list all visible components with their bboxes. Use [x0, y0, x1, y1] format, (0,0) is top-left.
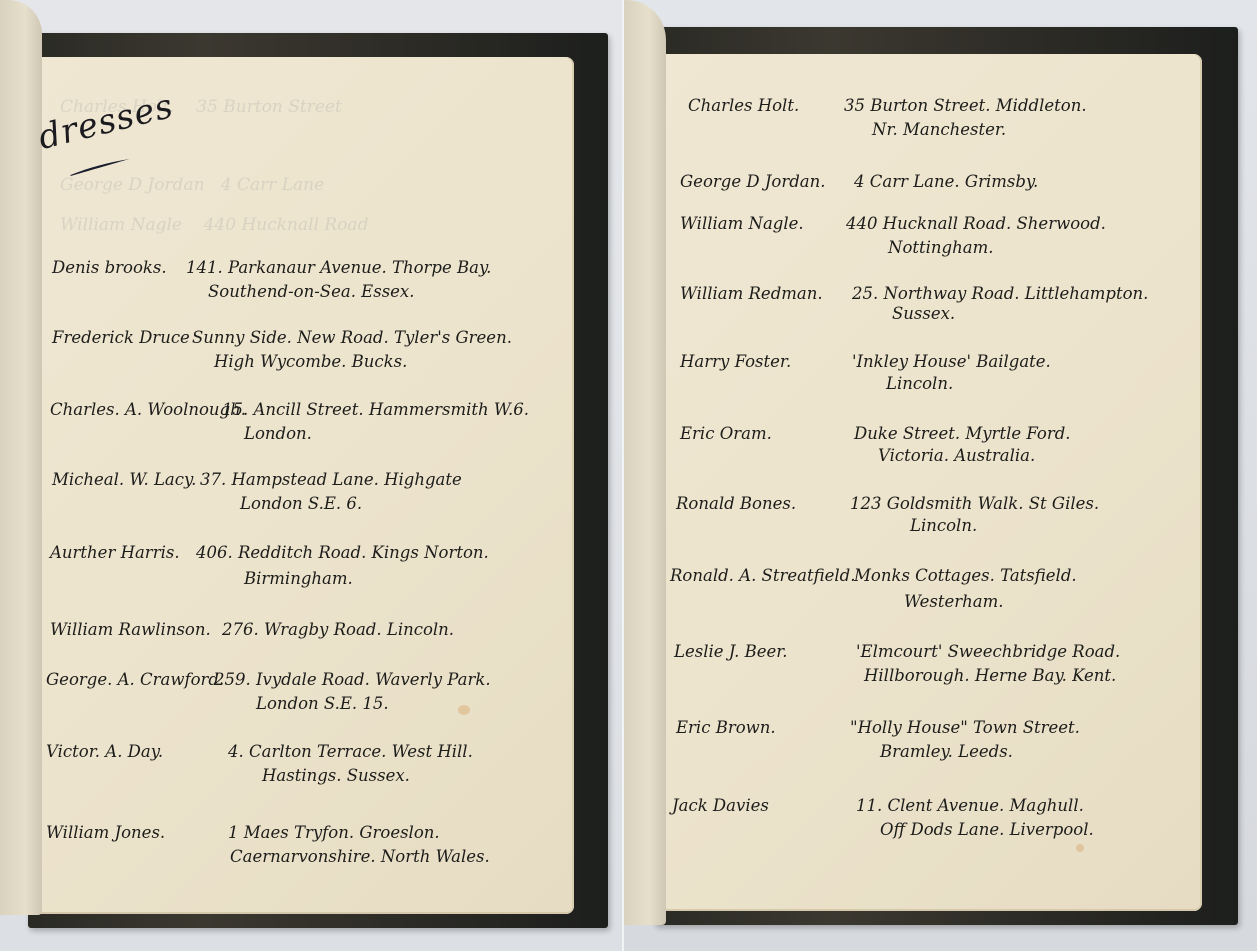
entry-name: Ronald. A. Streatfield.: [670, 566, 855, 585]
entry-address-line: London.: [244, 424, 312, 443]
left-page-photo: Charles Holt. 35 Burton Street George D …: [0, 0, 622, 951]
entry-address-line: Hastings. Sussex.: [262, 766, 410, 785]
entry-address-line: Hillborough. Herne Bay. Kent.: [864, 666, 1116, 685]
entry-address-line: Sussex.: [892, 304, 955, 323]
entry-name: Eric Brown.: [676, 718, 776, 737]
entry-name: Aurther Harris.: [50, 543, 180, 562]
right-page-photo: Charles Holt. 35 Burton Street. Middleto…: [624, 0, 1257, 951]
entry-address-line: Off Dods Lane. Liverpool.: [880, 820, 1094, 839]
entry-address-line: Birmingham.: [244, 569, 353, 588]
entry-address-line: Lincoln.: [886, 374, 953, 393]
entry-name: William Redman.: [680, 284, 823, 303]
entry-address-line: Duke Street. Myrtle Ford.: [854, 424, 1071, 443]
entry-name: William Jones.: [46, 823, 165, 842]
entry-name: Charles. A. Woolnough.: [50, 400, 246, 419]
entry-address-line: 'Elmcourt' Sweechbridge Road.: [856, 642, 1120, 661]
entry-address-line: Southend-on-Sea. Essex.: [208, 282, 414, 301]
entry-address-line: High Wycombe. Bucks.: [214, 352, 407, 371]
entry-name: Ronald Bones.: [676, 494, 796, 513]
entry-address-line: 259. Ivydale Road. Waverly Park.: [214, 670, 491, 689]
entry-name: Charles Holt.: [688, 96, 799, 115]
entry-name: Micheal. W. Lacy.: [52, 470, 196, 489]
entry-name: Denis brooks.: [52, 258, 167, 277]
entry-address-line: Victoria. Australia.: [878, 446, 1035, 465]
entry-address-line: 440 Hucknall Road. Sherwood.: [846, 214, 1106, 233]
entry-name: Jack Davies: [672, 796, 769, 815]
entry-address-line: "Holly House" Town Street.: [850, 718, 1080, 737]
entry-address-line: London S.E. 15.: [256, 694, 389, 713]
entry-address-line: 4. Carlton Terrace. West Hill.: [228, 742, 473, 761]
entry-address-line: 15. Ancill Street. Hammersmith W.6.: [222, 400, 529, 419]
entry-address-line: 4 Carr Lane. Grimsby.: [854, 172, 1038, 191]
entry-address-line: 141. Parkanaur Avenue. Thorpe Bay.: [186, 258, 491, 277]
entry-name: Victor. A. Day.: [46, 742, 163, 761]
entry-name: Eric Oram.: [680, 424, 772, 443]
entry-name: William Nagle.: [680, 214, 804, 233]
entry-address-line: Bramley. Leeds.: [880, 742, 1013, 761]
right-address-list: Charles Holt. 35 Burton Street. Middleto…: [624, 0, 1257, 951]
entry-address-line: Nottingham.: [888, 238, 993, 257]
entry-address-line: Sunny Side. New Road. Tyler's Green.: [192, 328, 512, 347]
entry-address-line: 35 Burton Street. Middleton.: [844, 96, 1087, 115]
entry-name: Frederick Druce: [52, 328, 190, 347]
entry-address-line: 'Inkley House' Bailgate.: [852, 352, 1051, 371]
left-address-list: Denis brooks. 141. Parkanaur Avenue. Tho…: [0, 0, 622, 951]
entry-name: Harry Foster.: [680, 352, 791, 371]
entry-address-line: 123 Goldsmith Walk. St Giles.: [850, 494, 1099, 513]
entry-address-line: Westerham.: [904, 592, 1003, 611]
entry-address-line: 276. Wragby Road. Lincoln.: [222, 620, 454, 639]
entry-address-line: 37. Hampstead Lane. Highgate: [200, 470, 462, 489]
entry-name: William Rawlinson.: [50, 620, 211, 639]
entry-address-line: London S.E. 6.: [240, 494, 362, 513]
entry-address-line: 25. Northway Road. Littlehampton.: [852, 284, 1148, 303]
entry-address-line: Nr. Manchester.: [872, 120, 1006, 139]
entry-name: George D Jordan.: [680, 172, 826, 191]
entry-address-line: 11. Clent Avenue. Maghull.: [856, 796, 1084, 815]
entry-name: Leslie J. Beer.: [674, 642, 788, 661]
entry-address-line: Lincoln.: [910, 516, 977, 535]
entry-address-line: 406. Redditch Road. Kings Norton.: [196, 543, 489, 562]
entry-address-line: 1 Maes Tryfon. Groeslon.: [228, 823, 440, 842]
entry-name: George. A. Crawford.: [46, 670, 224, 689]
entry-address-line: Monks Cottages. Tatsfield.: [854, 566, 1077, 585]
entry-address-line: Caernarvonshire. North Wales.: [230, 847, 490, 866]
